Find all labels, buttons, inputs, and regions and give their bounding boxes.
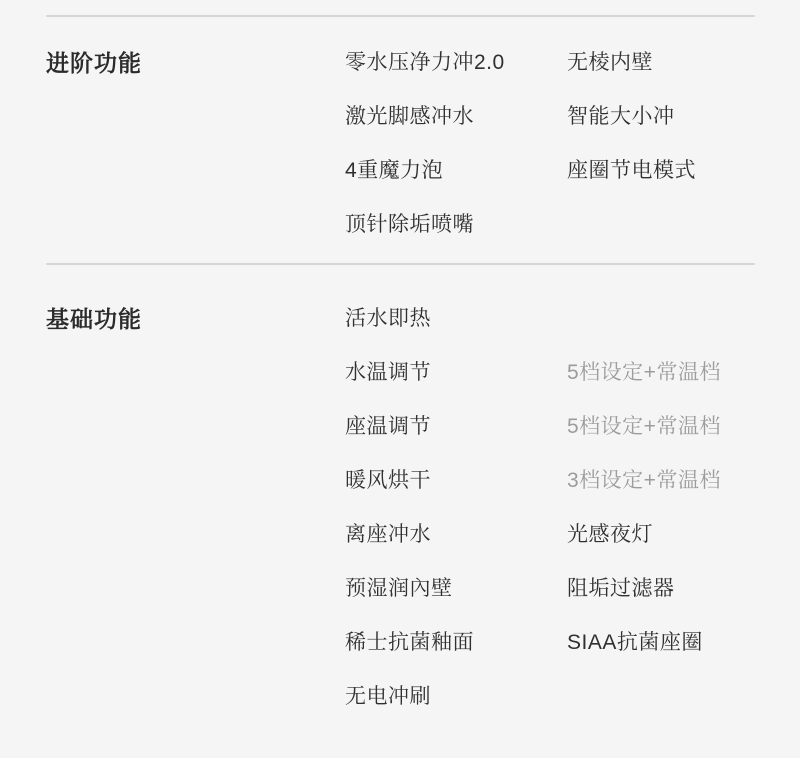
- section-title: 基础功能: [46, 290, 345, 344]
- feature-rows: 活水即热 水温调节 5档设定+常温档 座温调节 5档设定+常温档 暖风烘干 3档…: [345, 290, 800, 722]
- feature-name: 预湿润內壁: [345, 572, 567, 602]
- feature-row: 4重魔力泡 座圈节电模式: [345, 142, 800, 196]
- feature-row: 水温调节 5档设定+常温档: [345, 344, 800, 398]
- feature-value: 智能大小冲: [567, 100, 675, 130]
- feature-name: 水温调节: [345, 356, 567, 386]
- feature-name: 顶针除垢喷嘴: [345, 208, 567, 238]
- feature-rows: 零水压净力冲2.0 无棱内壁 激光脚感冲水 智能大小冲 4重魔力泡 座圈节电模式…: [345, 34, 800, 250]
- feature-row: 预湿润內壁 阻垢过滤器: [345, 560, 800, 614]
- feature-value: 3档设定+常温档: [567, 464, 721, 494]
- feature-row: 暖风烘干 3档设定+常温档: [345, 452, 800, 506]
- section-basic-features: 基础功能 活水即热 水温调节 5档设定+常温档 座温调节 5档设定+常温档 暖风…: [46, 290, 800, 722]
- feature-row: 顶针除垢喷嘴: [345, 196, 800, 250]
- feature-value: SIAA抗菌座圈: [567, 626, 703, 656]
- feature-name: 稀士抗菌釉面: [345, 626, 567, 656]
- feature-value: 5档设定+常温档: [567, 356, 721, 386]
- feature-value: 光感夜灯: [567, 518, 653, 548]
- feature-row: 活水即热: [345, 290, 800, 344]
- product-spec-panel: 进阶功能 零水压净力冲2.0 无棱内壁 激光脚感冲水 智能大小冲 4重魔力泡 座…: [0, 0, 800, 758]
- feature-name: 4重魔力泡: [345, 154, 567, 184]
- top-divider: [46, 15, 755, 17]
- feature-row: 座温调节 5档设定+常温档: [345, 398, 800, 452]
- feature-name: 暖风烘干: [345, 464, 567, 494]
- feature-name: 零水压净力冲2.0: [345, 46, 567, 76]
- section-advanced-features: 进阶功能 零水压净力冲2.0 无棱内壁 激光脚感冲水 智能大小冲 4重魔力泡 座…: [46, 34, 800, 250]
- feature-value: 5档设定+常温档: [567, 410, 721, 440]
- feature-name: 激光脚感冲水: [345, 100, 567, 130]
- feature-row: 激光脚感冲水 智能大小冲: [345, 88, 800, 142]
- feature-name: 活水即热: [345, 302, 567, 332]
- feature-row: 零水压净力冲2.0 无棱内壁: [345, 34, 800, 88]
- section-title: 进阶功能: [46, 34, 345, 88]
- feature-value: 座圈节电模式: [567, 154, 696, 184]
- feature-row: 离座冲水 光感夜灯: [345, 506, 800, 560]
- feature-name: 离座冲水: [345, 518, 567, 548]
- feature-row: 稀士抗菌釉面 SIAA抗菌座圈: [345, 614, 800, 668]
- feature-name: 座温调节: [345, 410, 567, 440]
- feature-value: 阻垢过滤器: [567, 572, 675, 602]
- section-divider: [46, 263, 755, 265]
- feature-name: 无电冲刷: [345, 680, 567, 710]
- feature-row: 无电冲刷: [345, 668, 800, 722]
- feature-value: 无棱内壁: [567, 46, 653, 76]
